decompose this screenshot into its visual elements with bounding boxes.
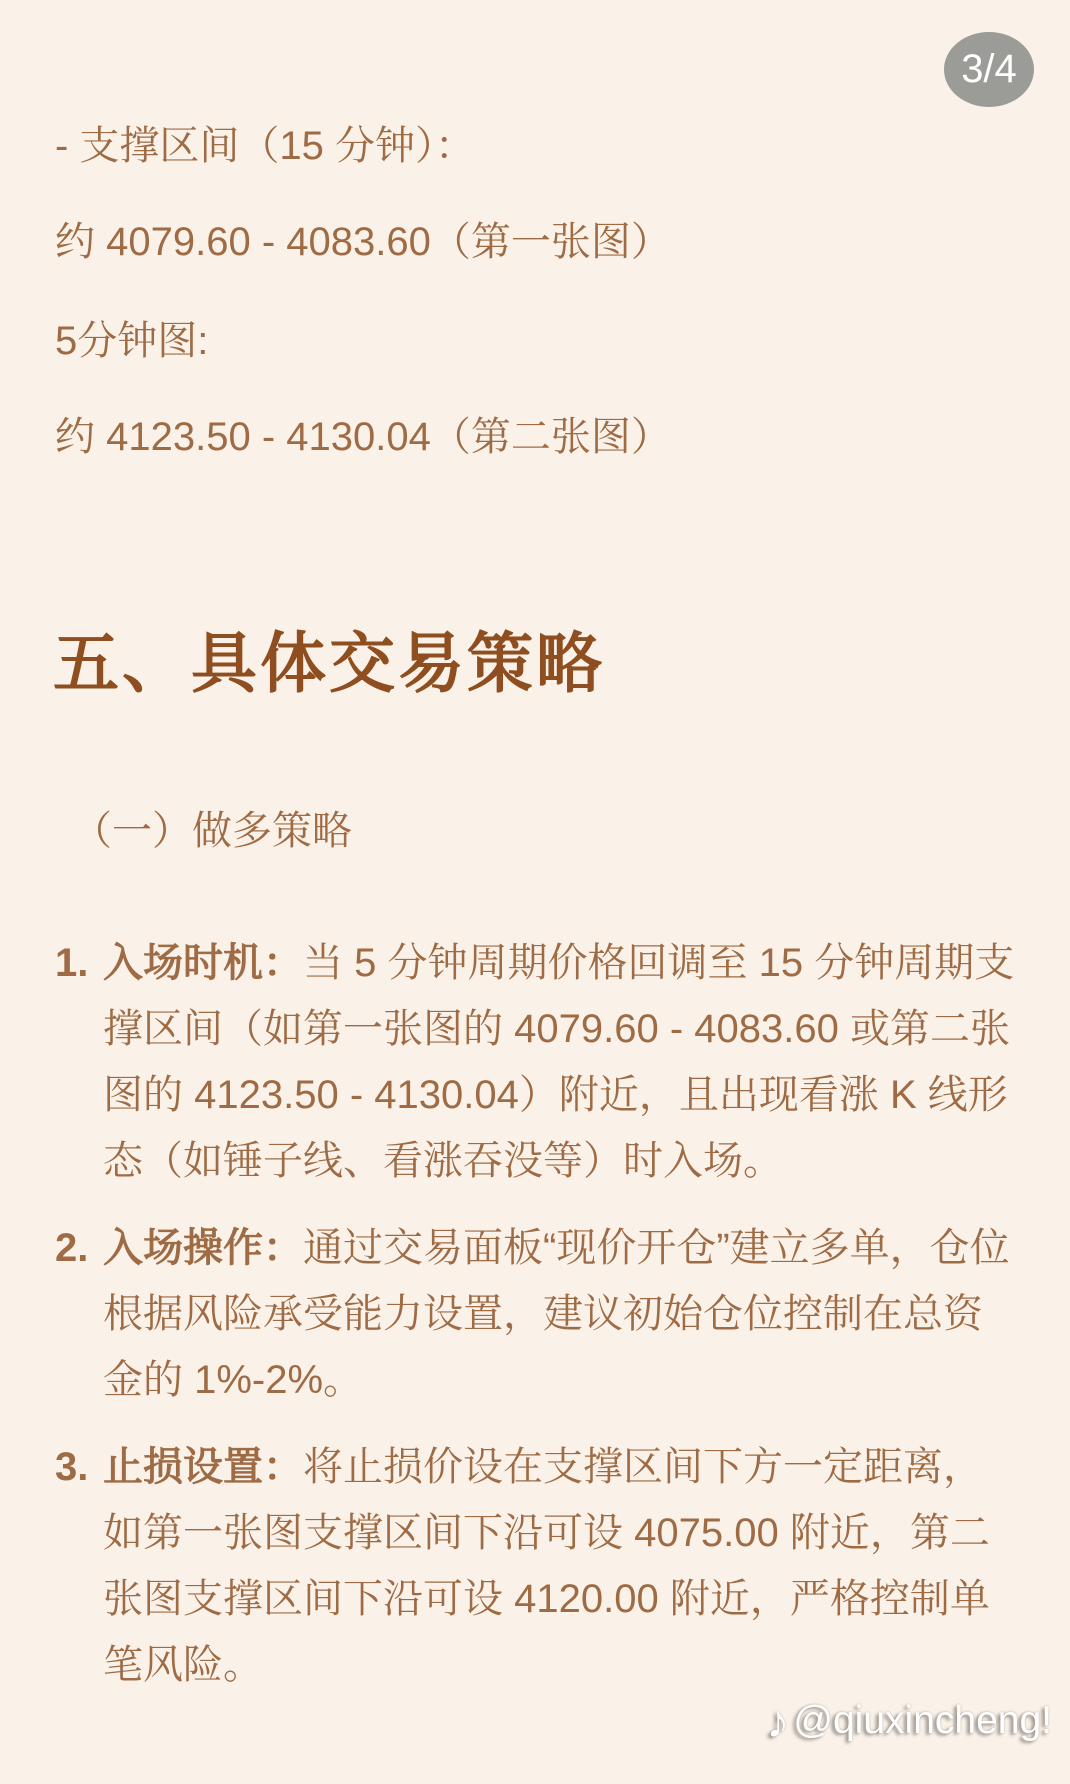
list-item-label: 止损设置： bbox=[103, 1445, 303, 1489]
music-note-icon: ♪ bbox=[766, 1698, 789, 1744]
watermark-handle: @qiuxincheng! bbox=[793, 1699, 1052, 1743]
watermark: ♪ @qiuxincheng! bbox=[766, 1698, 1052, 1744]
intro-line-support-range-15m: - 支撑区间（15 分钟）： bbox=[55, 124, 475, 168]
strategy-list: 1. 入场时机：当 5 分钟周期价格回调至 15 分钟周期支撑区间（如第一张图的… bbox=[55, 930, 1017, 1719]
section-title: 五、具体交易策略 bbox=[53, 610, 605, 705]
list-item-body: 止损设置：将止损价设在支撑区间下方一定距离，如第一张图支撑区间下沿可设 4075… bbox=[103, 1434, 1017, 1698]
list-item-label: 入场操作： bbox=[103, 1226, 303, 1270]
page-root: 3/4 - 支撑区间（15 分钟）： 约 4079.60 - 4083.60（第… bbox=[0, 0, 1070, 1784]
list-item-number: 1. bbox=[55, 930, 103, 1194]
list-item-number: 2. bbox=[55, 1215, 103, 1413]
list-item-stop-loss: 3. 止损设置：将止损价设在支撑区间下方一定距离，如第一张图支撑区间下沿可设 4… bbox=[55, 1434, 1017, 1698]
list-item-body: 入场时机：当 5 分钟周期价格回调至 15 分钟周期支撑区间（如第一张图的 40… bbox=[103, 930, 1017, 1194]
list-item-number: 3. bbox=[55, 1434, 103, 1698]
intro-line-range-second-chart: 约 4123.50 - 4130.04（第二张图） bbox=[55, 415, 671, 459]
intro-line-5m-chart: 5分钟图: bbox=[55, 319, 208, 363]
carousel-page-indicator: 3/4 bbox=[944, 32, 1034, 107]
list-item-entry-timing: 1. 入场时机：当 5 分钟周期价格回调至 15 分钟周期支撑区间（如第一张图的… bbox=[55, 930, 1017, 1194]
subsection-title: （一）做多策略 bbox=[72, 799, 352, 856]
list-item-label: 入场时机： bbox=[103, 941, 303, 985]
list-item-entry-operation: 2. 入场操作：通过交易面板“现价开仓”建立多单，仓位根据风险承受能力设置，建议… bbox=[55, 1215, 1017, 1413]
carousel-page-indicator-label: 3/4 bbox=[961, 47, 1017, 92]
list-item-body: 入场操作：通过交易面板“现价开仓”建立多单，仓位根据风险承受能力设置，建议初始仓… bbox=[103, 1215, 1017, 1413]
intro-line-range-first-chart: 约 4079.60 - 4083.60（第一张图） bbox=[55, 220, 671, 264]
